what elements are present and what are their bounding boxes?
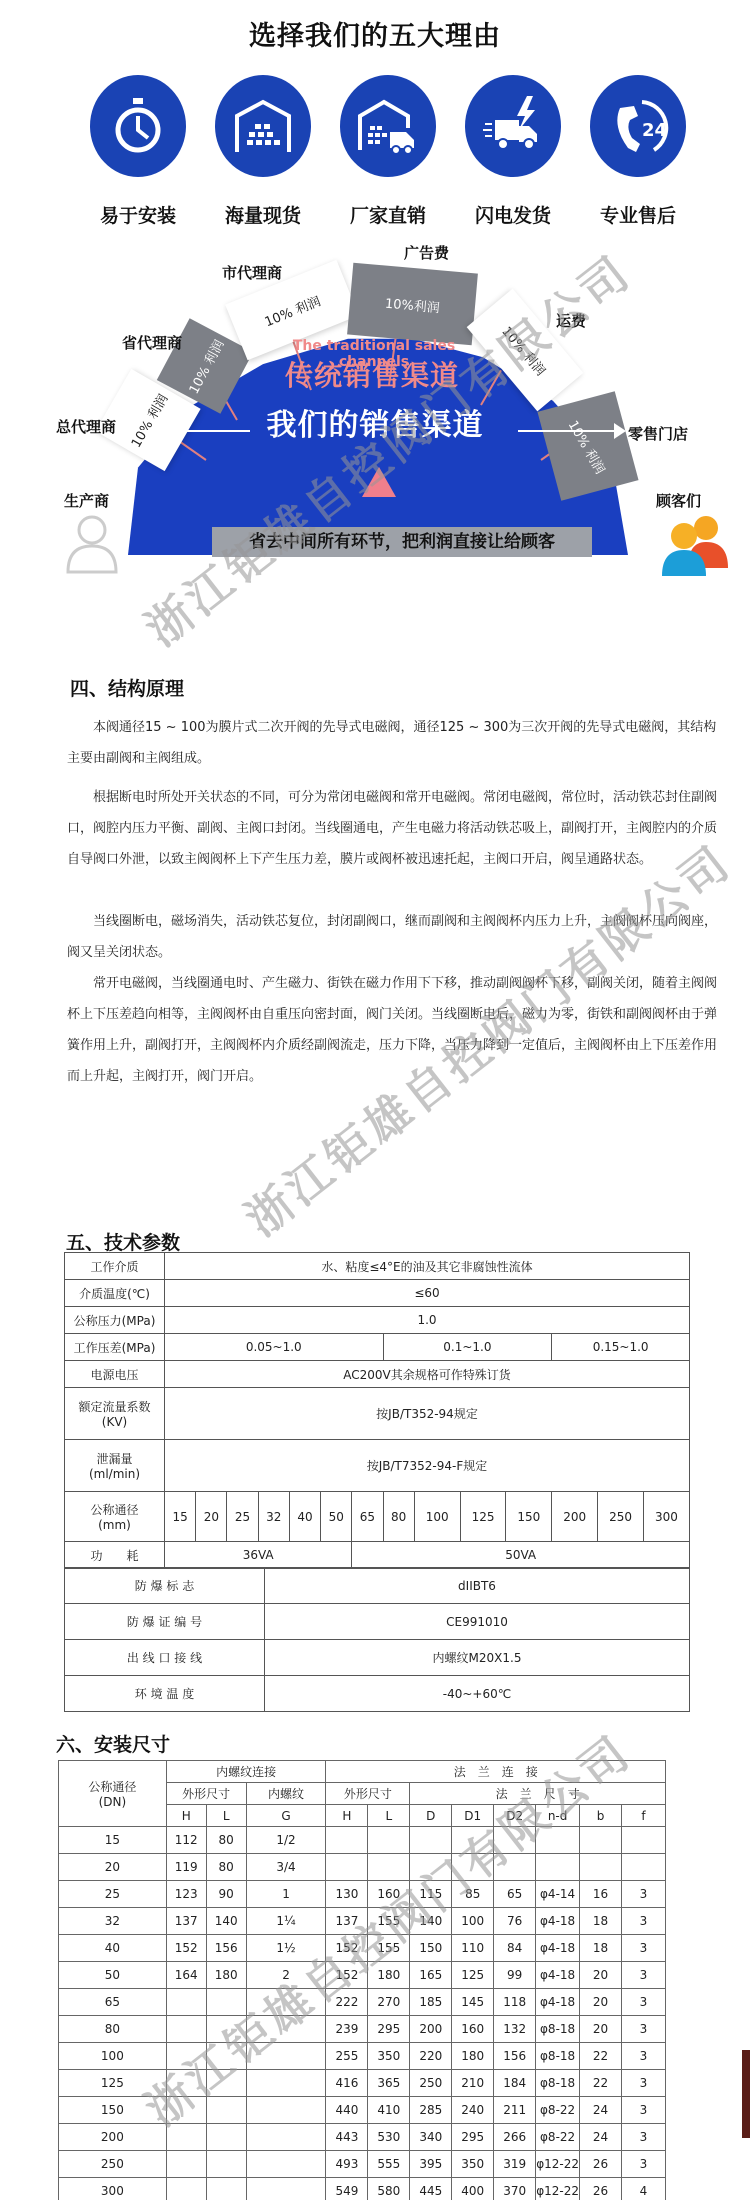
dim-cell: 180 bbox=[206, 1962, 246, 1989]
dim-cell bbox=[326, 1827, 368, 1854]
reason-label: 闪电发货 bbox=[475, 201, 551, 228]
reason-stock: 海量现货 bbox=[213, 75, 313, 228]
dim-cell: 184 bbox=[494, 2070, 536, 2097]
dim-cell: 26 bbox=[580, 2151, 622, 2178]
dim-cell: 18 bbox=[580, 1908, 622, 1935]
dim-cell: 222 bbox=[326, 1989, 368, 2016]
phone-24h-icon: 24 bbox=[590, 75, 686, 177]
dim-cell bbox=[166, 1989, 206, 2016]
section4-title: 四、结构原理 bbox=[70, 674, 184, 701]
param-value: 1.0 bbox=[165, 1307, 690, 1334]
warehouse-truck-icon bbox=[340, 75, 436, 177]
dim-cell: 4 bbox=[622, 2178, 666, 2200]
param-label-line1: 泄漏量 bbox=[96, 1452, 132, 1466]
reason-label: 厂家直销 bbox=[350, 201, 426, 228]
dim-cell: 580 bbox=[368, 2178, 410, 2200]
dim-cell: φ8-18 bbox=[536, 2016, 580, 2043]
profit-tag-text: 10% 利润 bbox=[183, 335, 227, 396]
param-label-line2: (ml/min) bbox=[89, 1467, 140, 1481]
dn-cell: 100 bbox=[59, 2043, 167, 2070]
arrow-line-left bbox=[140, 430, 250, 432]
reason-after-sales: 24 专业售后 bbox=[588, 75, 688, 228]
stopwatch-icon bbox=[90, 75, 186, 177]
dn-cell: 250 bbox=[59, 2151, 167, 2178]
profit-tag-text: 10% 利润 bbox=[565, 416, 611, 477]
param-label-line2: (KV) bbox=[102, 1415, 127, 1429]
dim-cell bbox=[206, 2178, 246, 2200]
dim-cell: 20 bbox=[580, 1989, 622, 2016]
dn-cell: 150 bbox=[59, 2097, 167, 2124]
dim-cell: 3 bbox=[622, 2070, 666, 2097]
col-header: f bbox=[622, 1805, 666, 1827]
dim-cell: 85 bbox=[452, 1881, 494, 1908]
dim-cell bbox=[452, 1827, 494, 1854]
label-producer: 生产商 bbox=[64, 490, 109, 511]
param-value: 按JB/T7352-94-F规定 bbox=[165, 1440, 690, 1492]
edge-bar bbox=[742, 2050, 750, 2138]
dim-cell: 3 bbox=[622, 2124, 666, 2151]
table-row: 300549580445400370φ12-22264 bbox=[59, 2178, 666, 2200]
param-value: 50VA bbox=[352, 1542, 690, 1569]
dim-cell: 210 bbox=[452, 2070, 494, 2097]
dim-cell: 410 bbox=[368, 2097, 410, 2124]
col-header: b bbox=[580, 1805, 622, 1827]
dim-cell bbox=[368, 1827, 410, 1854]
dim-cell: 115 bbox=[410, 1881, 452, 1908]
dim-cell bbox=[326, 1854, 368, 1881]
dim-cell: φ8-22 bbox=[536, 2124, 580, 2151]
table-row: 环 境 温 度-40~+60℃ bbox=[65, 1676, 690, 1712]
dim-cell bbox=[246, 2124, 326, 2151]
table-row: 65222270185145118φ4-18203 bbox=[59, 1989, 666, 2016]
col-header: n-d bbox=[536, 1805, 580, 1827]
dn-value: 150 bbox=[506, 1492, 552, 1542]
dn-cell: 80 bbox=[59, 2016, 167, 2043]
dim-cell: 24 bbox=[580, 2097, 622, 2124]
ex-label: 环 境 温 度 bbox=[65, 1676, 265, 1712]
dn-value: 125 bbox=[460, 1492, 506, 1542]
dn-cell: 50 bbox=[59, 1962, 167, 1989]
param-label: 工作压差(MPa) bbox=[65, 1334, 165, 1361]
dn-value: 25 bbox=[227, 1492, 258, 1542]
dim-cell: 90 bbox=[206, 1881, 246, 1908]
col-header: H bbox=[166, 1805, 206, 1827]
dim-cell bbox=[246, 2016, 326, 2043]
dim-cell: 112 bbox=[166, 1827, 206, 1854]
param-value: 0.05~1.0 bbox=[165, 1334, 384, 1361]
ex-value: CE991010 bbox=[265, 1604, 690, 1640]
param-value: 36VA bbox=[165, 1542, 352, 1569]
section4-paragraph-1: 本阀通径15 ~ 100为膜片式二次开阀的先导式电磁阀，通径125 ~ 300为… bbox=[67, 712, 717, 774]
table-row: 出 线 口 接 线内螺纹M20X1.5 bbox=[65, 1640, 690, 1676]
profit-tag-ad-fee: 10%利润 bbox=[347, 263, 478, 346]
header-outline: 外形尺寸 bbox=[166, 1783, 246, 1805]
dim-cell: 3 bbox=[622, 2043, 666, 2070]
tech-params-table: 工作介质 水、粘度≤4°E的油及其它非腐蚀性流体 介质温度(℃) ≤60 公称压… bbox=[64, 1252, 690, 1569]
dim-cell bbox=[246, 1989, 326, 2016]
reason-easy-install: 易于安装 bbox=[88, 75, 188, 228]
dim-cell: 2 bbox=[246, 1962, 326, 1989]
table-row: 工作介质 水、粘度≤4°E的油及其它非腐蚀性流体 bbox=[65, 1253, 690, 1280]
our-channels: 我们的销售渠道 bbox=[230, 400, 520, 444]
dim-cell: 65 bbox=[494, 1881, 536, 1908]
dim-cell bbox=[368, 1854, 410, 1881]
dim-cell bbox=[452, 1854, 494, 1881]
dn-cell: 15 bbox=[59, 1827, 167, 1854]
dim-cell bbox=[580, 1827, 622, 1854]
svg-text:24: 24 bbox=[642, 120, 667, 141]
dim-cell: φ4-18 bbox=[536, 1962, 580, 1989]
dim-cell: φ4-18 bbox=[536, 1908, 580, 1935]
table-row: 泄漏量(ml/min) 按JB/T7352-94-F规定 bbox=[65, 1440, 690, 1492]
dim-cell: 3 bbox=[622, 1935, 666, 1962]
dim-cell: 180 bbox=[368, 1962, 410, 1989]
dim-cell: 20 bbox=[580, 2016, 622, 2043]
table-row: 125416365250210184φ8-18223 bbox=[59, 2070, 666, 2097]
dim-cell: 1½ bbox=[246, 1935, 326, 1962]
dim-cell: 220 bbox=[410, 2043, 452, 2070]
dn-cell: 65 bbox=[59, 1989, 167, 2016]
header-dn-unit: (DN) bbox=[99, 1795, 127, 1809]
table-row: 401521561½15215515011084φ4-18183 bbox=[59, 1935, 666, 1962]
dn-cell: 300 bbox=[59, 2178, 167, 2200]
dim-cell: 3 bbox=[622, 1989, 666, 2016]
param-value: 水、粘度≤4°E的油及其它非腐蚀性流体 bbox=[165, 1253, 690, 1280]
dim-cell bbox=[580, 1854, 622, 1881]
param-label: 介质温度(℃) bbox=[65, 1280, 165, 1307]
dn-cell: 32 bbox=[59, 1908, 167, 1935]
dim-cell: 18 bbox=[580, 1935, 622, 1962]
dim-cell: 416 bbox=[326, 2070, 368, 2097]
dim-cell: 295 bbox=[368, 2016, 410, 2043]
dim-cell: 445 bbox=[410, 2178, 452, 2200]
dim-cell: 350 bbox=[368, 2043, 410, 2070]
dim-cell: 180 bbox=[452, 2043, 494, 2070]
dim-cell: 340 bbox=[410, 2124, 452, 2151]
dn-value: 200 bbox=[552, 1492, 598, 1542]
dim-cell: 76 bbox=[494, 1908, 536, 1935]
ex-value: -40~+60℃ bbox=[265, 1676, 690, 1712]
dim-cell: φ8-18 bbox=[536, 2070, 580, 2097]
table-row: 15112801/2 bbox=[59, 1827, 666, 1854]
arrow-right-icon bbox=[614, 423, 626, 439]
dn-value: 250 bbox=[598, 1492, 644, 1542]
header-outline: 外形尺寸 bbox=[326, 1783, 410, 1805]
dim-cell bbox=[494, 1854, 536, 1881]
dim-cell: 365 bbox=[368, 2070, 410, 2097]
dim-cell bbox=[410, 1854, 452, 1881]
dim-cell: 137 bbox=[326, 1908, 368, 1935]
dim-cell bbox=[206, 2151, 246, 2178]
col-header: G bbox=[246, 1805, 326, 1827]
install-dimensions-table: 公称通径(DN) 内螺纹连接 法 兰 连 接 外形尺寸 内螺纹 外形尺寸 法 兰… bbox=[58, 1760, 666, 2200]
section4-paragraph-2: 根据断电时所处开关状态的不同，可分为常闭电磁阀和常开电磁阀。常闭电磁阀，常位时，… bbox=[67, 782, 717, 875]
table-row: 150440410285240211φ8-22243 bbox=[59, 2097, 666, 2124]
dim-cell: 84 bbox=[494, 1935, 536, 1962]
dim-cell: 440 bbox=[326, 2097, 368, 2124]
profit-tag-text: 10% 利润 bbox=[499, 321, 551, 378]
ex-value: 内螺纹M20X1.5 bbox=[265, 1640, 690, 1676]
dim-cell: 443 bbox=[326, 2124, 368, 2151]
dn-cell: 40 bbox=[59, 1935, 167, 1962]
dim-cell: 99 bbox=[494, 1962, 536, 1989]
param-value: ≤60 bbox=[165, 1280, 690, 1307]
dim-cell: 155 bbox=[368, 1908, 410, 1935]
dim-cell: 240 bbox=[452, 2097, 494, 2124]
dim-cell: 155 bbox=[368, 1935, 410, 1962]
dim-cell bbox=[166, 2097, 206, 2124]
dim-cell bbox=[536, 1827, 580, 1854]
table-row: 公称压力(MPa) 1.0 bbox=[65, 1307, 690, 1334]
table-row: 200443530340295266φ8-22243 bbox=[59, 2124, 666, 2151]
triangle-up-icon bbox=[362, 467, 396, 497]
table-row: 功 耗 36VA 50VA bbox=[65, 1542, 690, 1569]
dim-cell bbox=[166, 2043, 206, 2070]
param-label: 公称压力(MPa) bbox=[65, 1307, 165, 1334]
dn-value: 32 bbox=[258, 1492, 289, 1542]
table-row: 额定流量系数(KV) 按JB/T352-94规定 bbox=[65, 1388, 690, 1440]
col-header: D bbox=[410, 1805, 452, 1827]
section5-title: 五、技术参数 bbox=[66, 1228, 180, 1255]
dim-cell bbox=[622, 1827, 666, 1854]
dim-cell: 164 bbox=[166, 1962, 206, 1989]
dim-cell: 350 bbox=[452, 2151, 494, 2178]
dim-cell bbox=[622, 1854, 666, 1881]
arrow-line-right bbox=[518, 430, 616, 432]
dim-cell: 26 bbox=[580, 2178, 622, 2200]
header-dn-label: 公称通径 bbox=[88, 1780, 136, 1794]
reason-fast-shipping: 闪电发货 bbox=[463, 75, 563, 228]
table-row: 电源电压 AC200V其余规格可作特殊订货 bbox=[65, 1361, 690, 1388]
dim-cell: 160 bbox=[368, 1881, 410, 1908]
col-header: D2 bbox=[494, 1805, 536, 1827]
table-row: 251239011301601158565φ4-14163 bbox=[59, 1881, 666, 1908]
dim-cell: 137 bbox=[166, 1908, 206, 1935]
dn-value: 100 bbox=[414, 1492, 460, 1542]
param-label-line1: 额定流量系数 bbox=[78, 1400, 150, 1414]
customers-icon bbox=[654, 512, 734, 578]
label-freight: 运费 bbox=[556, 310, 586, 331]
dn-cell: 25 bbox=[59, 1881, 167, 1908]
dim-cell bbox=[206, 2043, 246, 2070]
param-label: 功 耗 bbox=[65, 1542, 165, 1569]
section6-title: 六、安装尺寸 bbox=[56, 1730, 170, 1757]
reason-factory-direct: 厂家直销 bbox=[338, 75, 438, 228]
dim-cell: 16 bbox=[580, 1881, 622, 1908]
dim-cell: 130 bbox=[326, 1881, 368, 1908]
sales-channel-diagram: 10% 利润 10% 利润 10% 利润 10%利润 10% 利润 10% 利润… bbox=[0, 230, 750, 650]
ex-label: 防 爆 证 编 号 bbox=[65, 1604, 265, 1640]
dim-cell bbox=[206, 2124, 246, 2151]
dim-cell: 319 bbox=[494, 2151, 536, 2178]
dn-value: 80 bbox=[383, 1492, 414, 1542]
col-header: H bbox=[326, 1805, 368, 1827]
dim-cell bbox=[206, 2097, 246, 2124]
dim-cell: 119 bbox=[166, 1854, 206, 1881]
param-value: 按JB/T352-94规定 bbox=[165, 1388, 690, 1440]
header-dn: 公称通径(DN) bbox=[59, 1761, 167, 1827]
table-row: 250493555395350319φ12-22263 bbox=[59, 2151, 666, 2178]
dim-cell bbox=[246, 2178, 326, 2200]
warehouse-icon bbox=[215, 75, 311, 177]
dim-cell: 150 bbox=[410, 1935, 452, 1962]
traditional-channels-cn: 传统销售渠道 bbox=[262, 354, 482, 394]
dim-cell: 24 bbox=[580, 2124, 622, 2151]
dn-value: 15 bbox=[165, 1492, 196, 1542]
dim-cell: 20 bbox=[580, 1962, 622, 1989]
dn-value: 20 bbox=[196, 1492, 227, 1542]
dim-cell: 140 bbox=[410, 1908, 452, 1935]
dim-cell bbox=[410, 1827, 452, 1854]
table-row: 工作压差(MPa) 0.05~1.0 0.1~1.0 0.15~1.0 bbox=[65, 1334, 690, 1361]
dim-cell: 285 bbox=[410, 2097, 452, 2124]
table-row: 公称通径(mm) 15 20 25 32 40 50 65 80 100 125… bbox=[65, 1492, 690, 1542]
dim-cell: 125 bbox=[452, 1962, 494, 1989]
dim-cell bbox=[494, 1827, 536, 1854]
profit-tag-text: 10% 利润 bbox=[125, 390, 171, 451]
section4-paragraph-3: 当线圈断电，磁场消失，活动铁芯复位，封闭副阀口，继而副阀和主阀阀杯内压力上升，主… bbox=[67, 906, 717, 968]
dim-cell: φ12-22 bbox=[536, 2178, 580, 2200]
dim-cell: 250 bbox=[410, 2070, 452, 2097]
dim-cell: 1/2 bbox=[246, 1827, 326, 1854]
dim-cell: 295 bbox=[452, 2124, 494, 2151]
dim-cell bbox=[166, 2178, 206, 2200]
dim-cell: 370 bbox=[494, 2178, 536, 2200]
explosion-proof-table: 防 爆 标 志dIIBT6 防 爆 证 编 号CE991010 出 线 口 接 … bbox=[64, 1567, 690, 1712]
dim-cell: 1¼ bbox=[246, 1908, 326, 1935]
table-row: 介质温度(℃) ≤60 bbox=[65, 1280, 690, 1307]
dim-cell: 152 bbox=[326, 1935, 368, 1962]
header-thread: 内螺纹连接 bbox=[166, 1761, 326, 1783]
dim-cell: φ12-22 bbox=[536, 2151, 580, 2178]
header-flange: 法 兰 连 接 bbox=[326, 1761, 666, 1783]
table-row: 防 爆 证 编 号CE991010 bbox=[65, 1604, 690, 1640]
header-inner-thread: 内螺纹 bbox=[246, 1783, 326, 1805]
param-value: 0.1~1.0 bbox=[383, 1334, 552, 1361]
dim-cell: φ8-22 bbox=[536, 2097, 580, 2124]
dim-cell bbox=[206, 1989, 246, 2016]
dim-cell: 3 bbox=[622, 1962, 666, 1989]
ex-label: 防 爆 标 志 bbox=[65, 1568, 265, 1604]
label-customers: 顾客们 bbox=[656, 490, 701, 511]
param-label: 公称通径(mm) bbox=[65, 1492, 165, 1542]
dim-cell: 80 bbox=[206, 1854, 246, 1881]
label-city-agent: 市代理商 bbox=[222, 262, 282, 283]
direct-sale-banner: 省去中间所有环节，把利润直接让给顾客 bbox=[212, 527, 592, 557]
dim-cell: 3 bbox=[622, 2151, 666, 2178]
dim-cell: 3 bbox=[622, 2097, 666, 2124]
dim-cell: 100 bbox=[452, 1908, 494, 1935]
dn-value: 40 bbox=[289, 1492, 320, 1542]
dim-cell: 152 bbox=[326, 1962, 368, 1989]
table-row: 100255350220180156φ8-18223 bbox=[59, 2043, 666, 2070]
reason-label: 易于安装 bbox=[100, 201, 176, 228]
dim-cell: 266 bbox=[494, 2124, 536, 2151]
dn-cell: 20 bbox=[59, 1854, 167, 1881]
param-label: 额定流量系数(KV) bbox=[65, 1388, 165, 1440]
param-label: 泄漏量(ml/min) bbox=[65, 1440, 165, 1492]
dn-value: 50 bbox=[321, 1492, 352, 1542]
dn-cell: 200 bbox=[59, 2124, 167, 2151]
dim-cell: 530 bbox=[368, 2124, 410, 2151]
dim-cell: 22 bbox=[580, 2043, 622, 2070]
dim-cell: 1 bbox=[246, 1881, 326, 1908]
dim-cell: 395 bbox=[410, 2151, 452, 2178]
dim-cell: 3/4 bbox=[246, 1854, 326, 1881]
param-label: 电源电压 bbox=[65, 1361, 165, 1388]
producer-icon bbox=[64, 512, 120, 574]
col-header: D1 bbox=[452, 1805, 494, 1827]
dim-cell: 152 bbox=[166, 1935, 206, 1962]
label-province-agent: 省代理商 bbox=[122, 332, 182, 353]
header-flange-size: 法 兰 尺 寸 bbox=[410, 1783, 666, 1805]
dim-cell bbox=[206, 2070, 246, 2097]
col-header: L bbox=[206, 1805, 246, 1827]
dim-cell: 239 bbox=[326, 2016, 368, 2043]
dim-cell bbox=[166, 2070, 206, 2097]
header-row: 公称通径(DN) 内螺纹连接 法 兰 连 接 bbox=[59, 1761, 666, 1783]
dim-cell: 80 bbox=[206, 1827, 246, 1854]
dim-cell bbox=[246, 2151, 326, 2178]
table-row: 321371401¼13715514010076φ4-18183 bbox=[59, 1908, 666, 1935]
dim-cell bbox=[206, 2016, 246, 2043]
table-row: 20119803/4 bbox=[59, 1854, 666, 1881]
ex-label: 出 线 口 接 线 bbox=[65, 1640, 265, 1676]
page-title: 选择我们的五大理由 bbox=[0, 14, 750, 53]
dim-cell bbox=[166, 2151, 206, 2178]
table-row: 防 爆 标 志dIIBT6 bbox=[65, 1568, 690, 1604]
dim-cell: 156 bbox=[206, 1935, 246, 1962]
dim-cell: 255 bbox=[326, 2043, 368, 2070]
label-general-agent: 总代理商 bbox=[56, 416, 116, 437]
dim-cell bbox=[246, 2097, 326, 2124]
dim-cell: 555 bbox=[368, 2151, 410, 2178]
dim-cell: 3 bbox=[622, 1908, 666, 1935]
dim-cell: 3 bbox=[622, 1881, 666, 1908]
table-row: 80239295200160132φ8-18203 bbox=[59, 2016, 666, 2043]
dim-cell: 211 bbox=[494, 2097, 536, 2124]
dim-cell bbox=[246, 2043, 326, 2070]
dim-cell: φ4-18 bbox=[536, 1989, 580, 2016]
param-label-line1: 公称通径 bbox=[90, 1503, 138, 1517]
dim-cell: 400 bbox=[452, 2178, 494, 2200]
dim-cell: φ4-18 bbox=[536, 1935, 580, 1962]
dim-cell bbox=[536, 1854, 580, 1881]
param-label: 工作介质 bbox=[65, 1253, 165, 1280]
profit-tag-text: 10%利润 bbox=[384, 292, 440, 316]
dim-cell: 22 bbox=[580, 2070, 622, 2097]
dim-cell: 3 bbox=[622, 2016, 666, 2043]
param-label-line2: (mm) bbox=[98, 1518, 131, 1532]
param-value: AC200V其余规格可作特殊订货 bbox=[165, 1361, 690, 1388]
dim-cell: 185 bbox=[410, 1989, 452, 2016]
dim-cell: 200 bbox=[410, 2016, 452, 2043]
dim-cell: 549 bbox=[326, 2178, 368, 2200]
dim-cell: 156 bbox=[494, 2043, 536, 2070]
dn-value: 65 bbox=[352, 1492, 383, 1542]
profit-tag-text: 10% 利润 bbox=[261, 290, 323, 330]
dim-cell: φ8-18 bbox=[536, 2043, 580, 2070]
dim-cell: 110 bbox=[452, 1935, 494, 1962]
dn-value: 300 bbox=[643, 1492, 689, 1542]
dim-cell: φ4-14 bbox=[536, 1881, 580, 1908]
dim-cell: 160 bbox=[452, 2016, 494, 2043]
ex-value: dIIBT6 bbox=[265, 1568, 690, 1604]
dim-cell: 145 bbox=[452, 1989, 494, 2016]
reason-label: 专业售后 bbox=[600, 201, 676, 228]
dim-cell: 270 bbox=[368, 1989, 410, 2016]
reason-label: 海量现货 bbox=[225, 201, 301, 228]
